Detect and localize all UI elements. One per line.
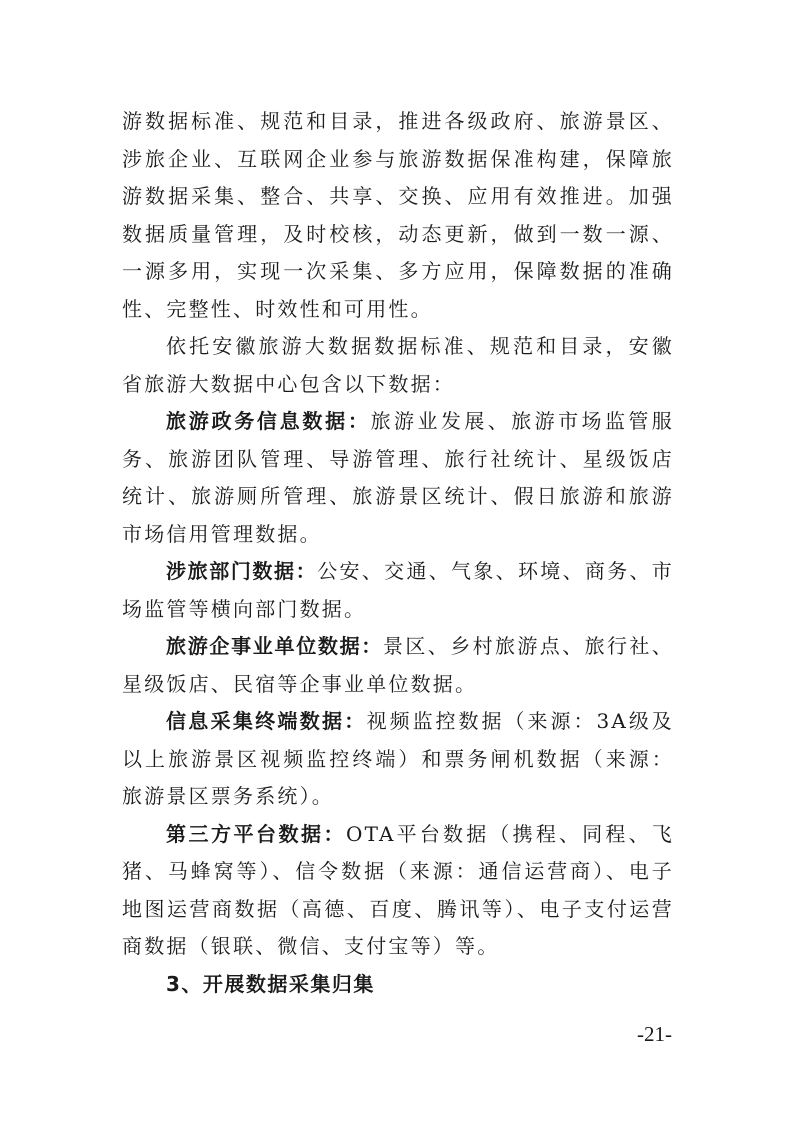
paragraph-data-standards: 游数据标准、规范和目录，推进各级政府、旅游景区、涉旅企业、互联网企业参与旅游数据… [122, 103, 674, 328]
paragraph-data-center-intro: 依托安徽旅游大数据数据标准、规范和目录，安徽省旅游大数据中心包含以下数据： [122, 328, 674, 403]
paragraph-related-department-data: 涉旅部门数据：公安、交通、气象、环境、商务、市场监管等横向部门数据。 [122, 553, 674, 628]
paragraph-terminal-data: 信息采集终端数据：视频监控数据（来源：3A级及以上旅游景区视频监控终端）和票务闸… [122, 703, 674, 816]
paragraph-lead: 旅游政务信息数据： [166, 409, 371, 433]
section-heading: 3、开展数据采集归集 [122, 966, 674, 1004]
paragraph-text: 游数据标准、规范和目录，推进各级政府、旅游景区、涉旅企业、互联网企业参与旅游数据… [122, 109, 674, 321]
paragraph-lead: 涉旅部门数据： [166, 559, 317, 583]
document-body: 游数据标准、规范和目录，推进各级政府、旅游景区、涉旅企业、互联网企业参与旅游数据… [122, 103, 674, 1003]
paragraph-lead: 旅游企事业单位数据： [166, 634, 383, 658]
paragraph-text: 依托安徽旅游大数据数据标准、规范和目录，安徽省旅游大数据中心包含以下数据： [122, 334, 674, 396]
paragraph-tourism-government-data: 旅游政务信息数据：旅游业发展、旅游市场监管服务、旅游团队管理、导游管理、旅行社统… [122, 403, 674, 553]
paragraph-enterprise-data: 旅游企事业单位数据：景区、乡村旅游点、旅行社、星级饭店、民宿等企事业单位数据。 [122, 628, 674, 703]
page-number: -21- [637, 1022, 672, 1047]
paragraph-third-party-data: 第三方平台数据：OTA平台数据（携程、同程、飞猪、马蜂窝等）、信令数据（来源：通… [122, 816, 674, 966]
paragraph-lead: 信息采集终端数据： [166, 709, 367, 733]
paragraph-lead: 第三方平台数据： [166, 822, 346, 846]
